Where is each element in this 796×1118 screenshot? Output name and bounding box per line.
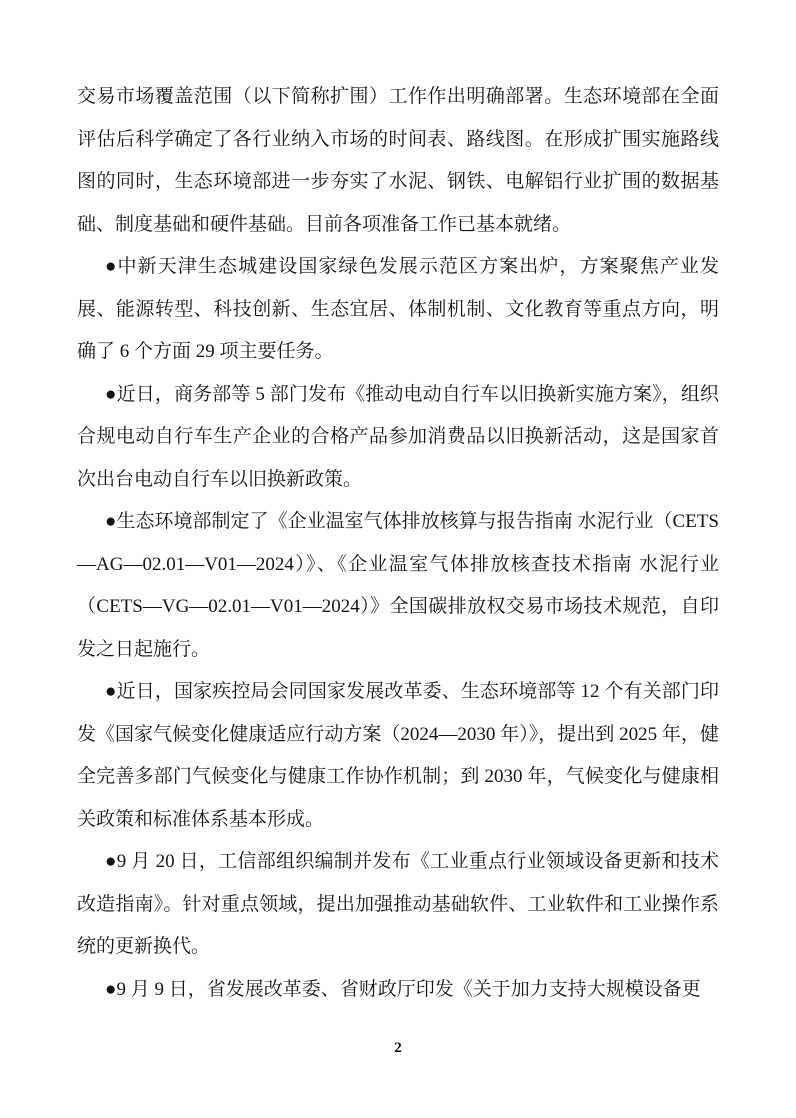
page-number: 2 [394,1040,402,1056]
paragraph-continuation: 交易市场覆盖范围（以下简称扩围）工作作出明确部署。生态环境部在全面评估后科学确定… [77,76,719,246]
bullet-paragraph-provincial-equipment-support: ●9 月 9 日，省发展改革委、省财政厅印发《关于加力支持大规模设备更 [77,969,719,1012]
bullet-paragraph-eco-city: ●中新天津生态城建设国家绿色发展示范区方案出炉，方案聚焦产业发展、能源转型、科技… [77,246,719,374]
bullet-paragraph-cets-guidelines: ●生态环境部制定了《企业温室气体排放核算与报告指南 水泥行业（CETS—AG—0… [77,501,719,671]
bullet-paragraph-ebike-tradein: ●近日，商务部等 5 部门发布《推动电动自行车以旧换新实施方案》，组织合规电动自… [77,374,719,502]
bullet-paragraph-climate-health-plan: ●近日，国家疾控局会同国家发展改革委、生态环境部等 12 个有关部门印发《国家气… [77,671,719,841]
page-footer: 2 [0,1038,796,1058]
bullet-paragraph-equipment-upgrade-guide: ●9 月 20 日，工信部组织编制并发布《工业重点行业领域设备更新和技术改造指南… [77,841,719,969]
document-body: 交易市场覆盖范围（以下简称扩围）工作作出明确部署。生态环境部在全面评估后科学确定… [77,76,719,1011]
document-page: 交易市场覆盖范围（以下简称扩围）工作作出明确部署。生态环境部在全面评估后科学确定… [0,0,796,1118]
